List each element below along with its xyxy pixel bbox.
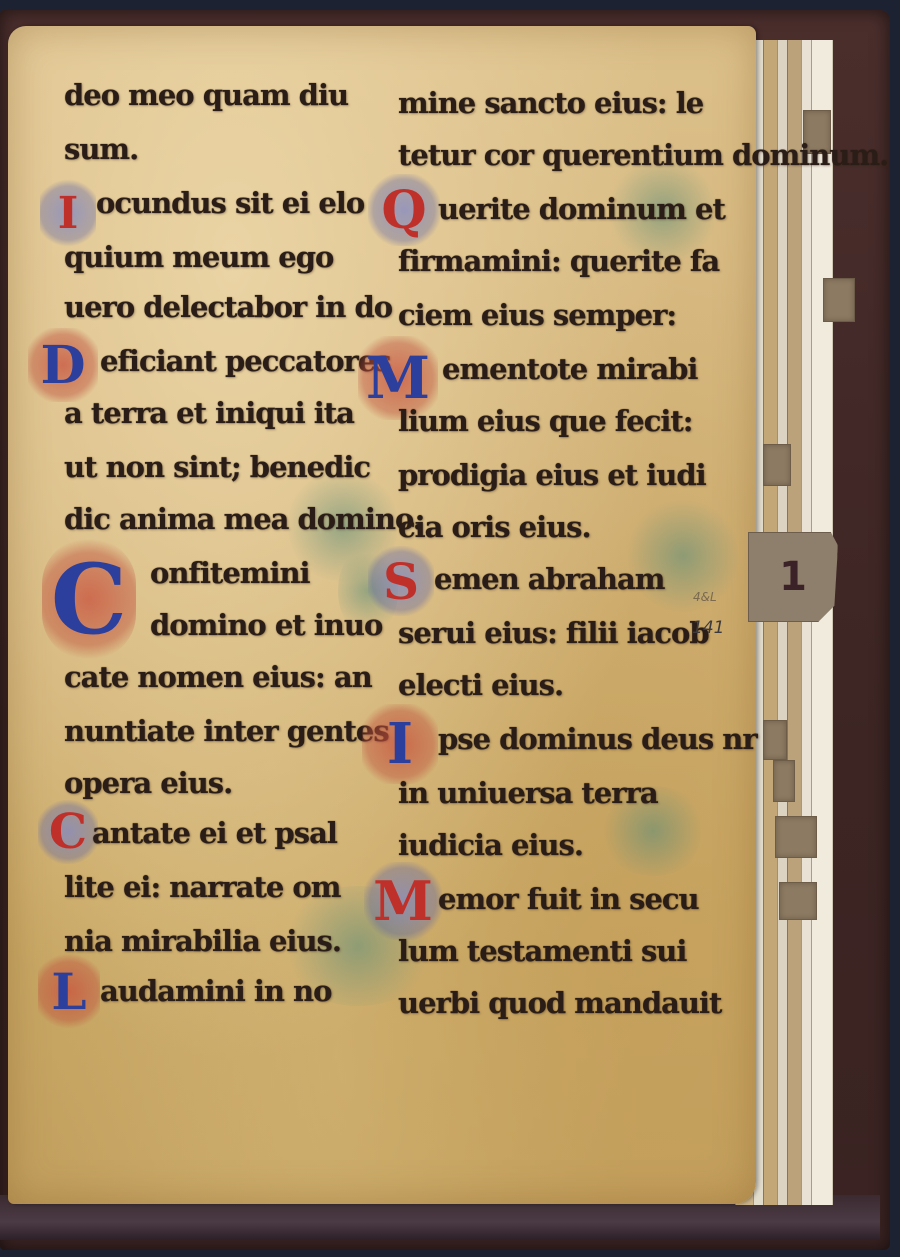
mold-stain bbox=[628, 496, 738, 616]
text-line: sum. bbox=[64, 132, 138, 166]
text-line: eficiant peccatores bbox=[100, 344, 391, 378]
text-line: onfitemini bbox=[150, 556, 310, 590]
text-line: dic anima mea domino. bbox=[64, 502, 422, 536]
pencil-note: 4&L bbox=[693, 590, 717, 604]
text-line: emen abraham bbox=[434, 562, 664, 596]
text-line: nuntiate inter gentes bbox=[64, 714, 389, 748]
text-line: quium meum ego bbox=[64, 240, 333, 274]
text-line: lite ei: narrate om bbox=[64, 870, 340, 904]
initial-letter: C bbox=[42, 538, 136, 660]
text-line: cate nomen eius: an bbox=[64, 660, 372, 694]
text-line: lium eius que fecit: bbox=[398, 404, 692, 438]
page-tab[interactable] bbox=[773, 760, 795, 802]
initial-letter: D bbox=[28, 328, 98, 402]
manuscript-page: deo meo quam diu sum. I ocundus sit ei e… bbox=[8, 26, 756, 1204]
text-line: uerite dominum et bbox=[438, 192, 725, 226]
text-line: iudicia eius. bbox=[398, 828, 583, 862]
text-line: prodigia eius et iudi bbox=[398, 458, 706, 492]
text-line: nia mirabilia eius. bbox=[64, 924, 341, 958]
text-line: cia oris eius. bbox=[398, 510, 591, 544]
text-line: tetur cor querentium dominum. bbox=[398, 138, 888, 172]
text-line: uerbi quod mandauit bbox=[398, 986, 721, 1020]
text-line: domino et inuo bbox=[150, 608, 382, 642]
text-line: in uniuersa terra bbox=[398, 776, 658, 810]
text-line: firmamini: querite fa bbox=[398, 244, 719, 278]
text-line: emor fuit in secu bbox=[438, 882, 699, 916]
text-line: ementote mirabi bbox=[442, 352, 697, 386]
text-line: ut non sint; benedic bbox=[64, 450, 370, 484]
page-tab[interactable] bbox=[823, 278, 855, 322]
folio-number: 141 bbox=[692, 618, 724, 638]
text-line: antate ei et psal bbox=[92, 816, 337, 850]
text-line: audamini in no bbox=[100, 974, 331, 1008]
page-tab[interactable] bbox=[763, 720, 787, 760]
page-tab[interactable] bbox=[775, 816, 817, 858]
page-tab[interactable] bbox=[763, 444, 791, 486]
text-line: electi eius. bbox=[398, 668, 563, 702]
leaf-edge bbox=[811, 40, 833, 1205]
text-line: serui eius: filii iacob bbox=[398, 616, 709, 650]
text-line: pse dominus deus nr bbox=[438, 722, 757, 756]
text-line: a terra et iniqui ita bbox=[64, 396, 354, 430]
initial-letter: M bbox=[364, 862, 442, 940]
initial-letter: I bbox=[362, 704, 438, 784]
initial-letter: C bbox=[38, 800, 98, 864]
page-tab[interactable] bbox=[779, 882, 817, 920]
numbered-tab[interactable]: 1 bbox=[748, 532, 838, 622]
leaf-edge bbox=[787, 40, 802, 1205]
text-line: ocundus sit ei elo bbox=[96, 186, 364, 220]
initial-letter: Q bbox=[368, 174, 440, 246]
text-line: opera eius. bbox=[64, 766, 232, 800]
text-line: lum testamenti sui bbox=[398, 934, 686, 968]
leaf-edge bbox=[763, 40, 778, 1205]
initial-letter: L bbox=[38, 954, 100, 1028]
initial-letter: I bbox=[40, 178, 96, 248]
text-line: deo meo quam diu bbox=[64, 78, 348, 112]
initial-letter: S bbox=[368, 546, 434, 616]
text-line: uero delectabor in do bbox=[64, 290, 392, 324]
text-line: ciem eius semper: bbox=[398, 298, 676, 332]
text-line: mine sancto eius: le bbox=[398, 86, 703, 120]
